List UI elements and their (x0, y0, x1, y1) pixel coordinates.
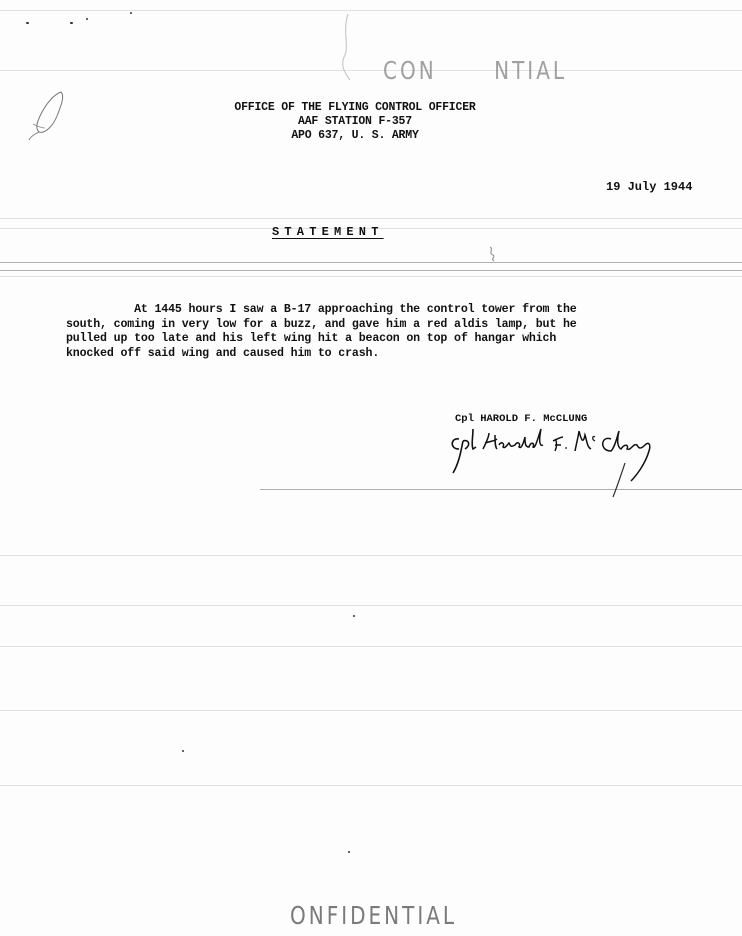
scan-line (0, 218, 742, 219)
scan-line (0, 276, 742, 277)
document-date: 19 July 1944 (606, 180, 692, 194)
letterhead-apo: APO 637, U. S. ARMY (190, 129, 520, 143)
speck (353, 615, 355, 617)
statement-line: knocked off said wing and caused him to … (66, 347, 706, 362)
document-page: CONFIDENTIAL OFFICE OF THE FLYING CONTRO… (0, 0, 742, 936)
document-title: STATEMENT (272, 225, 384, 239)
pencil-doodle (25, 88, 70, 143)
speck (182, 750, 184, 752)
statement-line: At 1445 hours I saw a B-17 approaching t… (66, 303, 706, 318)
statement-line: south, coming in very low for a buzz, an… (66, 318, 706, 333)
scan-line (0, 70, 742, 71)
speck (348, 851, 350, 853)
speck (26, 22, 29, 24)
scan-line (0, 10, 742, 11)
speck (86, 18, 88, 20)
classification-stamp-top: CONFIDENTIAL (383, 55, 567, 85)
speck (130, 12, 132, 14)
scan-line (0, 646, 742, 647)
scan-line (0, 555, 742, 556)
statement-body: At 1445 hours I saw a B-17 approaching t… (66, 303, 706, 361)
pencil-mark (486, 245, 498, 263)
scan-line (0, 785, 742, 786)
handwritten-signature: Cpl. Harold F. McClung (445, 425, 665, 505)
letterhead: OFFICE OF THE FLYING CONTROL OFFICER AAF… (190, 101, 520, 143)
pencil-bracket-mark (338, 12, 352, 82)
stamp-part: NTIAL (494, 55, 567, 85)
stamp-part: CON (383, 55, 437, 85)
speck (70, 22, 73, 24)
statement-line: pulled up too late and his left wing hit… (66, 332, 706, 347)
classification-stamp-bottom: ONFIDENTIAL (290, 900, 457, 930)
letterhead-station: AAF STATION F-357 (190, 115, 520, 129)
scan-line (0, 262, 742, 263)
letterhead-office: OFFICE OF THE FLYING CONTROL OFFICER (190, 101, 520, 115)
scan-line (0, 270, 742, 271)
scan-line (0, 605, 742, 606)
scan-line (0, 710, 742, 711)
typed-signature-name: Cpl HAROLD F. McCLUNG (455, 413, 587, 425)
